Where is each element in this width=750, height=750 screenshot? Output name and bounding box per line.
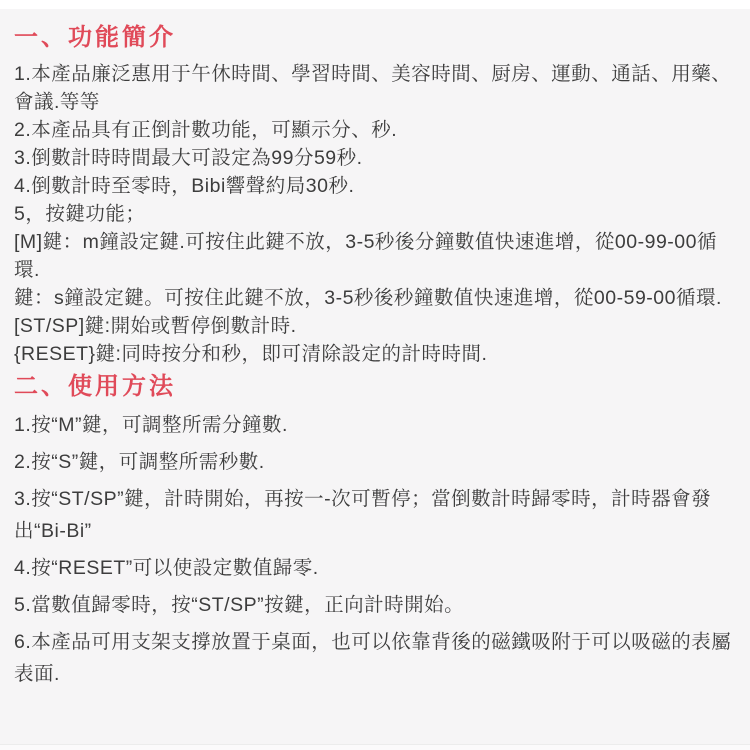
usage-step-3: 3.按“ST/SP”鍵，計時開始，再按一-次可暫停；當倒數計時歸零時，計時器會發…: [14, 483, 740, 547]
instruction-document: 一、功能簡介 1.本產品廉泛惠用于午休時間、學習時間、美容時間、厨房、運動、通話…: [0, 9, 750, 690]
usage-step-5: 5.當數值歸零時，按“ST/SP”按鍵，正向計時開始。: [14, 589, 740, 621]
top-margin-strip: [0, 0, 750, 9]
features-line-m-key: [M]鍵：m鐘設定鍵.可按住此鍵不放，3-5秒後分鐘數值快速進增，從00-99-…: [14, 228, 740, 284]
features-line-s-key: 鍵：s鐘設定鍵。可按住此鍵不放，3-5秒後秒鐘數值快速進增，從00-59-00循…: [14, 284, 740, 312]
features-line-reset-key: {RESET}鍵:同時按分和秒，即可清除設定的計時時間.: [14, 340, 740, 368]
bottom-margin-strip: [0, 744, 750, 750]
usage-step-2: 2.按“S”鍵，可調整所需秒數.: [14, 446, 740, 478]
section-features: 一、功能簡介 1.本產品廉泛惠用于午休時間、學習時間、美容時間、厨房、運動、通話…: [14, 23, 740, 368]
usage-step-6: 6.本產品可用支架支撐放置于桌面，也可以依靠背後的磁鐵吸附于可以吸磁的表屬表面.: [14, 626, 740, 690]
features-line-2: 2.本產品具有正倒計數功能，可顯示分、秒.: [14, 116, 740, 144]
features-line-stsp-key: [ST/SP]鍵:開始或暫停倒數計時.: [14, 312, 740, 340]
features-line-3: 3.倒數計時時間最大可設定為99分59秒.: [14, 144, 740, 172]
usage-step-4: 4.按“RESET”可以使設定數值歸零.: [14, 552, 740, 584]
features-line-4: 4.倒數計時至零時，Bibi響聲約局30秒.: [14, 172, 740, 200]
section-features-heading: 一、功能簡介: [14, 23, 740, 53]
usage-step-1: 1.按“M”鍵，可調整所需分鐘數.: [14, 409, 740, 441]
section-usage: 二、使用方法 1.按“M”鍵，可調整所需分鐘數. 2.按“S”鍵，可調整所需秒數…: [14, 372, 740, 690]
section-usage-heading: 二、使用方法: [14, 372, 740, 402]
features-line-5: 5，按鍵功能；: [14, 200, 740, 228]
features-line-1: 1.本產品廉泛惠用于午休時間、學習時間、美容時間、厨房、運動、通話、用藥、會議.…: [14, 60, 740, 116]
